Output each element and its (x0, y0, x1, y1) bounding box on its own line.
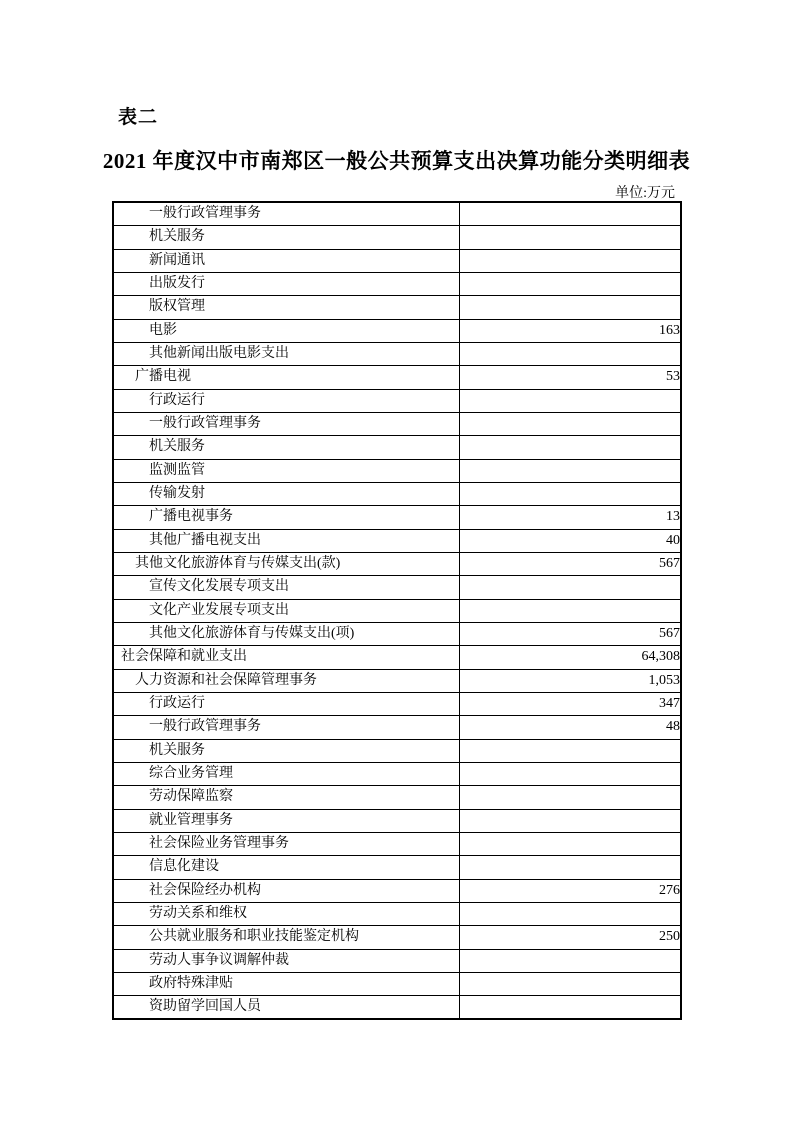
value-cell: 276 (459, 879, 681, 902)
category-cell: 新闻通讯 (113, 249, 459, 272)
category-cell: 信息化建设 (113, 856, 459, 879)
table-row: 信息化建设 (113, 856, 681, 879)
table-row: 政府特殊津贴 (113, 972, 681, 995)
category-cell: 传输发射 (113, 482, 459, 505)
value-cell (459, 599, 681, 622)
table-row: 机关服务 (113, 739, 681, 762)
category-cell: 机关服务 (113, 226, 459, 249)
value-cell: 13 (459, 506, 681, 529)
category-cell: 宣传文化发展专项支出 (113, 576, 459, 599)
table-body: 一般行政管理事务机关服务新闻通讯出版发行版权管理电影163其他新闻出版电影支出广… (113, 202, 681, 1019)
value-cell (459, 272, 681, 295)
value-cell (459, 342, 681, 365)
value-cell (459, 226, 681, 249)
table-row: 其他文化旅游体育与传媒支出(项)567 (113, 622, 681, 645)
category-cell: 公共就业服务和职业技能鉴定机构 (113, 926, 459, 949)
category-cell: 一般行政管理事务 (113, 412, 459, 435)
category-cell: 就业管理事务 (113, 809, 459, 832)
value-cell (459, 249, 681, 272)
value-cell (459, 436, 681, 459)
table-row: 公共就业服务和职业技能鉴定机构250 (113, 926, 681, 949)
value-cell (459, 972, 681, 995)
table-row: 劳动人事争议调解仲裁 (113, 949, 681, 972)
table-row: 其他文化旅游体育与传媒支出(款)567 (113, 552, 681, 575)
value-cell (459, 762, 681, 785)
category-cell: 社会保险经办机构 (113, 879, 459, 902)
category-cell: 其他新闻出版电影支出 (113, 342, 459, 365)
value-cell (459, 296, 681, 319)
category-cell: 其他广播电视支出 (113, 529, 459, 552)
table-row: 劳动保障监察 (113, 786, 681, 809)
table-number-label: 表二 (118, 102, 158, 129)
value-cell: 64,308 (459, 646, 681, 669)
value-cell (459, 389, 681, 412)
value-cell (459, 996, 681, 1020)
category-cell: 行政运行 (113, 692, 459, 715)
category-cell: 监测监管 (113, 459, 459, 482)
table-row: 电影163 (113, 319, 681, 342)
category-cell: 劳动关系和维权 (113, 902, 459, 925)
value-cell (459, 202, 681, 226)
category-cell: 机关服务 (113, 739, 459, 762)
value-cell (459, 949, 681, 972)
category-cell: 政府特殊津贴 (113, 972, 459, 995)
value-cell (459, 739, 681, 762)
table-row: 资助留学回国人员 (113, 996, 681, 1020)
table-row: 其他新闻出版电影支出 (113, 342, 681, 365)
value-cell: 567 (459, 552, 681, 575)
value-cell (459, 856, 681, 879)
table-row: 宣传文化发展专项支出 (113, 576, 681, 599)
value-cell (459, 459, 681, 482)
category-cell: 电影 (113, 319, 459, 342)
value-cell: 163 (459, 319, 681, 342)
page-title: 2021 年度汉中市南郑区一般公共预算支出决算功能分类明细表 (0, 145, 793, 175)
category-cell: 机关服务 (113, 436, 459, 459)
table-row: 监测监管 (113, 459, 681, 482)
category-cell: 一般行政管理事务 (113, 716, 459, 739)
value-cell (459, 902, 681, 925)
value-cell: 48 (459, 716, 681, 739)
value-cell: 40 (459, 529, 681, 552)
category-cell: 社会保障和就业支出 (113, 646, 459, 669)
category-cell: 人力资源和社会保障管理事务 (113, 669, 459, 692)
value-cell (459, 576, 681, 599)
table-row: 版权管理 (113, 296, 681, 319)
category-cell: 版权管理 (113, 296, 459, 319)
table-row: 广播电视53 (113, 366, 681, 389)
table-row: 传输发射 (113, 482, 681, 505)
table-row: 行政运行347 (113, 692, 681, 715)
category-cell: 广播电视 (113, 366, 459, 389)
value-cell (459, 786, 681, 809)
table-row: 机关服务 (113, 226, 681, 249)
category-cell: 文化产业发展专项支出 (113, 599, 459, 622)
value-cell (459, 832, 681, 855)
value-cell (459, 412, 681, 435)
category-cell: 劳动人事争议调解仲裁 (113, 949, 459, 972)
value-cell (459, 809, 681, 832)
category-cell: 行政运行 (113, 389, 459, 412)
category-cell: 出版发行 (113, 272, 459, 295)
table-row: 一般行政管理事务 (113, 412, 681, 435)
table-row: 社会保险经办机构276 (113, 879, 681, 902)
table-row: 劳动关系和维权 (113, 902, 681, 925)
category-cell: 其他文化旅游体育与传媒支出(款) (113, 552, 459, 575)
table-row: 人力资源和社会保障管理事务1,053 (113, 669, 681, 692)
category-cell: 资助留学回国人员 (113, 996, 459, 1020)
category-cell: 广播电视事务 (113, 506, 459, 529)
table-row: 一般行政管理事务48 (113, 716, 681, 739)
table-row: 文化产业发展专项支出 (113, 599, 681, 622)
table-row: 其他广播电视支出40 (113, 529, 681, 552)
unit-note: 单位:万元 (113, 182, 675, 202)
table-row: 新闻通讯 (113, 249, 681, 272)
value-cell: 567 (459, 622, 681, 645)
table-row: 综合业务管理 (113, 762, 681, 785)
category-cell: 其他文化旅游体育与传媒支出(项) (113, 622, 459, 645)
table-row: 社会保险业务管理事务 (113, 832, 681, 855)
value-cell: 53 (459, 366, 681, 389)
table-row: 行政运行 (113, 389, 681, 412)
table-row: 就业管理事务 (113, 809, 681, 832)
budget-table: 一般行政管理事务机关服务新闻通讯出版发行版权管理电影163其他新闻出版电影支出广… (112, 201, 682, 1020)
table-row: 广播电视事务13 (113, 506, 681, 529)
category-cell: 劳动保障监察 (113, 786, 459, 809)
table-row: 机关服务 (113, 436, 681, 459)
document-page: 表二 2021 年度汉中市南郑区一般公共预算支出决算功能分类明细表 单位:万元 … (0, 0, 793, 1122)
category-cell: 综合业务管理 (113, 762, 459, 785)
value-cell (459, 482, 681, 505)
category-cell: 社会保险业务管理事务 (113, 832, 459, 855)
category-cell: 一般行政管理事务 (113, 202, 459, 226)
table-row: 一般行政管理事务 (113, 202, 681, 226)
table-row: 出版发行 (113, 272, 681, 295)
value-cell: 250 (459, 926, 681, 949)
value-cell: 1,053 (459, 669, 681, 692)
table-row: 社会保障和就业支出64,308 (113, 646, 681, 669)
value-cell: 347 (459, 692, 681, 715)
